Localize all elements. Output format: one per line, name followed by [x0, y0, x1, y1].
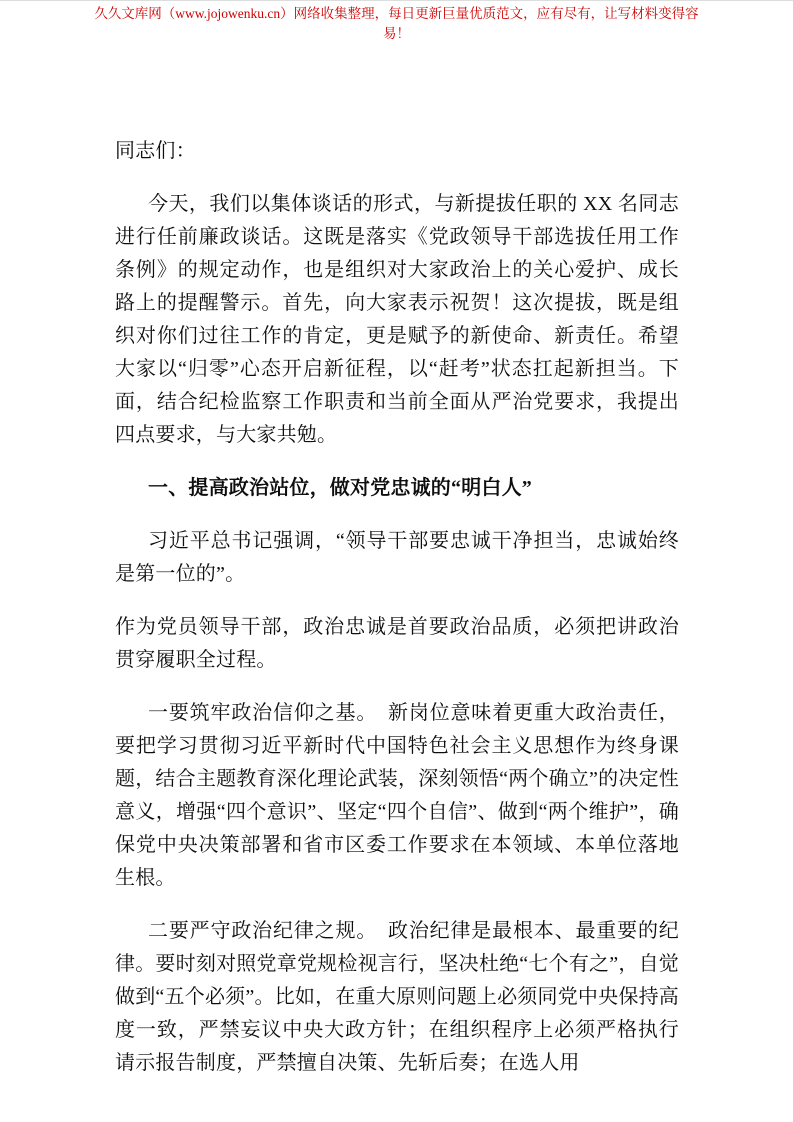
section-heading-1: 一、提高政治站位，做对党忠诚的“明白人” [115, 472, 679, 505]
salutation: 同志们： [115, 135, 679, 168]
paragraph-opening: 今天，我们以集体谈话的形式，与新提拔任职的 XX 名同志进行任前廉政谈话。这既是… [115, 188, 679, 452]
watermark-line-2: 易！ [77, 24, 717, 44]
document-body: 同志们： 今天，我们以集体谈话的形式，与新提拔任职的 XX 名同志进行任前廉政谈… [115, 135, 679, 1100]
watermark-line-1: 久久文库网（www.jojowenku.cn）网络收集整理，每日更新巨量优质范文… [77, 4, 717, 24]
watermark-header: 久久文库网（www.jojowenku.cn）网络收集整理，每日更新巨量优质范文… [77, 4, 717, 44]
paragraph-quote: 习近平总书记强调，“领导干部要忠诚干净担当，忠诚始终是第一位的”。 [115, 525, 679, 591]
document-page: 久久文库网（www.jojowenku.cn）网络收集整理，每日更新巨量优质范文… [0, 0, 793, 1122]
paragraph-point-2: 二要严守政治纪律之规。 政治纪律是最根本、最重要的纪律。要时刻对照党章党规检视言… [115, 915, 679, 1080]
paragraph-point-1: 一要筑牢政治信仰之基。 新岗位意味着更重大政治责任，要把学习贯彻习近平新时代中国… [115, 697, 679, 895]
paragraph-flush-left: 作为党员领导干部，政治忠诚是首要政治品质，必须把讲政治贯穿履职全过程。 [115, 611, 679, 677]
